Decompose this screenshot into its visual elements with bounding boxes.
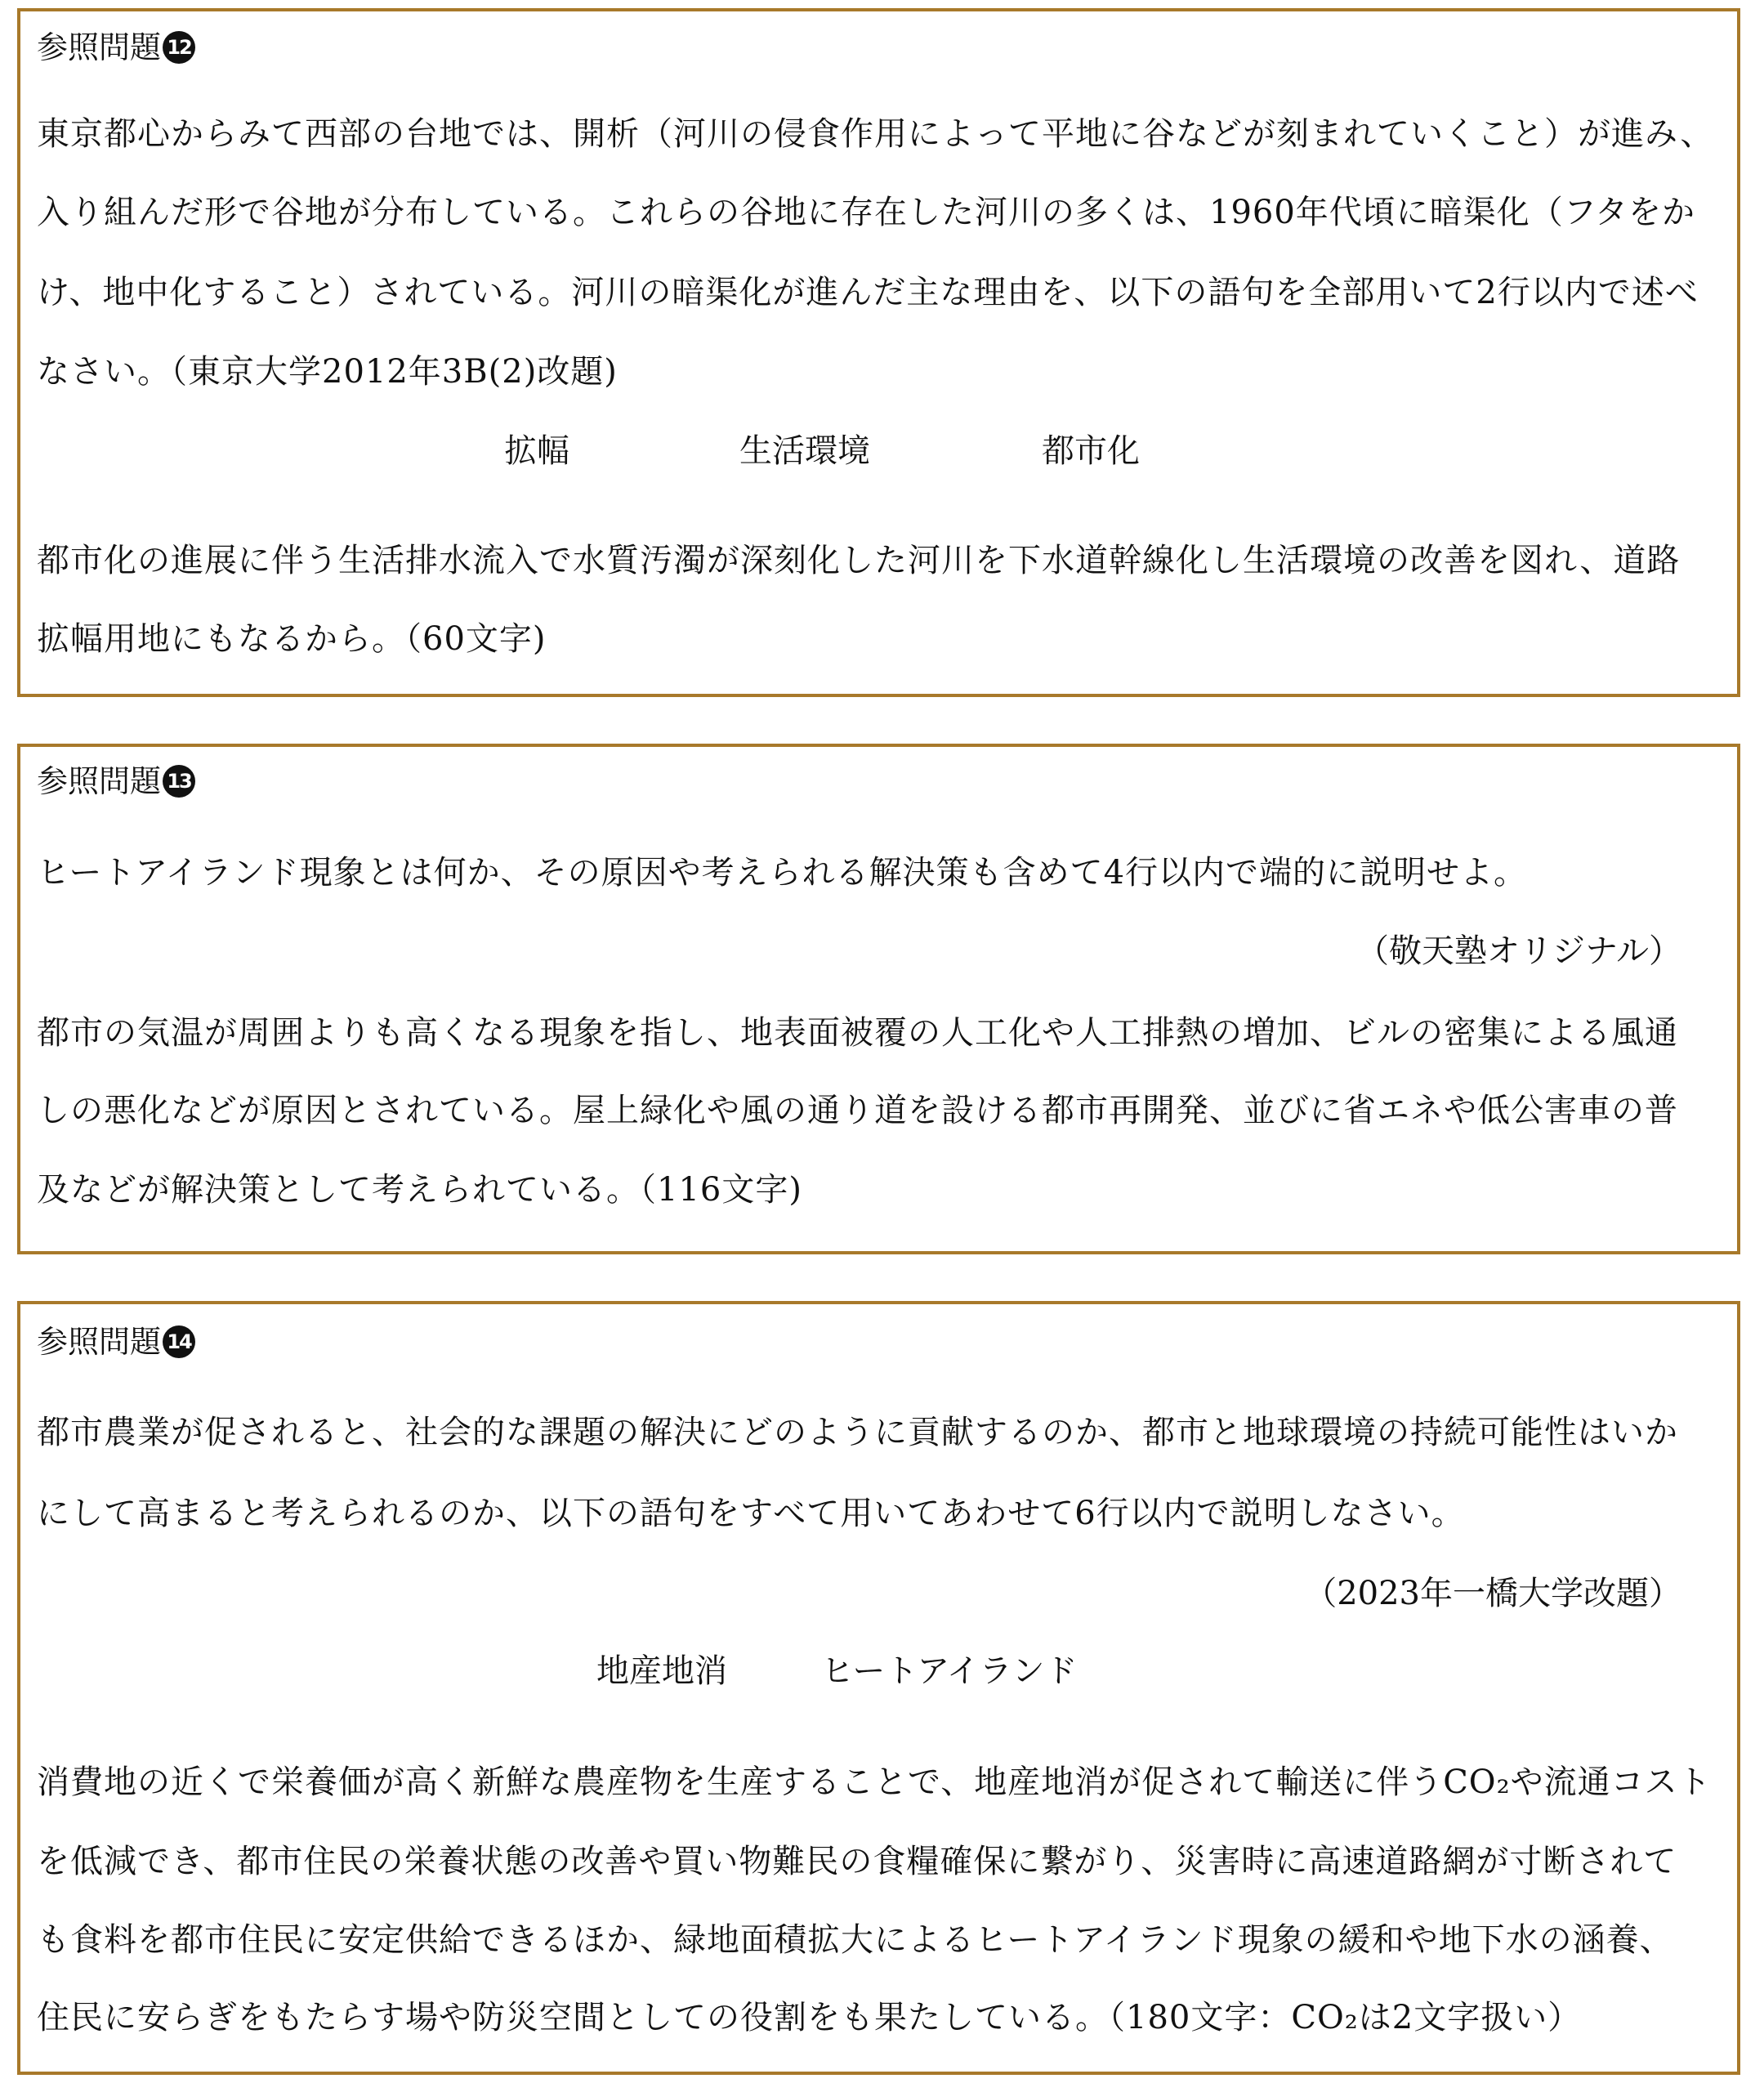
answer-line: 消費地の近くで栄養価が高く新鮮な農産物を生産することで、地産地消が促されて輸送に… bbox=[37, 1763, 1712, 1802]
problem-box-13: 参照問題13 ヒートアイランド現象とは何か、その原因や考えられる解決策も含めて4… bbox=[17, 744, 1740, 1254]
circled-number-12-icon: 12 bbox=[163, 31, 195, 64]
problem-title: 参照問題14 bbox=[37, 1322, 195, 1361]
keyword: 都市化 bbox=[1042, 431, 1140, 471]
answer-line: 拡幅用地にもなるから。（60文字) bbox=[37, 619, 547, 659]
circled-number-13-icon: 13 bbox=[163, 765, 195, 798]
keyword: 生活環境 bbox=[739, 431, 870, 471]
question-line: 入り組んだ形で谷地が分布している。これらの谷地に存在した河川の多くは、1960年… bbox=[37, 193, 1695, 232]
problem-title: 参照問題12 bbox=[37, 28, 195, 67]
question-line: ヒートアイランド現象とは何か、その原因や考えられる解決策も含めて4行以内で端的に… bbox=[37, 853, 1527, 892]
keyword: ヒートアイランド bbox=[821, 1652, 1078, 1691]
problem-title-label: 参照問題 bbox=[37, 762, 161, 801]
question-line: け、地中化すること）されている。河川の暗渠化が進んだ主な理由を、以下の語句を全部… bbox=[37, 273, 1699, 312]
answer-line: 都市の気温が周囲よりも高くなる現象を指し、地表面被覆の人工化や人工排熱の増加、ビ… bbox=[37, 1013, 1678, 1053]
problem-title-label: 参照問題 bbox=[37, 1322, 161, 1361]
answer-line: 及などが解決策として考えられている。（116文字) bbox=[37, 1170, 802, 1209]
source-citation: （2023年一橋大学改題） bbox=[1304, 1574, 1681, 1613]
question-line: にして高まると考えられるのか、以下の語句をすべて用いてあわせて6行以内で説明しな… bbox=[37, 1494, 1465, 1533]
problem-title: 参照問題13 bbox=[37, 762, 195, 801]
circled-number-14-icon: 14 bbox=[163, 1325, 195, 1358]
problem-title-label: 参照問題 bbox=[37, 28, 161, 67]
problem-box-14: 参照問題14 都市農業が促されると、社会的な課題の解決にどのように貢献するのか、… bbox=[17, 1301, 1740, 2075]
answer-line: しの悪化などが原因とされている。屋上緑化や風の通り道を設ける都市再開発、並びに省… bbox=[37, 1091, 1678, 1130]
problem-box-12: 参照問題12 東京都心からみて西部の台地では、開析（河川の侵食作用によって平地に… bbox=[17, 8, 1740, 697]
keyword: 地産地消 bbox=[596, 1652, 727, 1691]
question-line: なさい。（東京大学2012年3B(2)改題) bbox=[37, 352, 618, 391]
answer-line: も食料を都市住民に安定供給できるほか、緑地面積拡大によるヒートアイランド現象の緩… bbox=[37, 1920, 1673, 1960]
keyword: 拡幅 bbox=[504, 431, 569, 471]
source-citation: （敬天塾オリジナル） bbox=[1356, 932, 1681, 971]
answer-line: を低減でき、都市住民の栄養状態の改善や買い物難民の食糧確保に繋がり、災害時に高速… bbox=[37, 1842, 1677, 1881]
answer-line: 都市化の進展に伴う生活排水流入で水質汚濁が深刻化した河川を下水道幹線化し生活環境… bbox=[37, 541, 1680, 580]
question-line: 都市農業が促されると、社会的な課題の解決にどのように貢献するのか、都市と地球環境… bbox=[37, 1413, 1678, 1452]
question-line: 東京都心からみて西部の台地では、開析（河川の侵食作用によって平地に谷などが刻まれ… bbox=[37, 114, 1713, 154]
answer-line: 住民に安らぎをもたらす場や防災空間としての役割をも果たしている。（180文字：C… bbox=[37, 1998, 1581, 2037]
